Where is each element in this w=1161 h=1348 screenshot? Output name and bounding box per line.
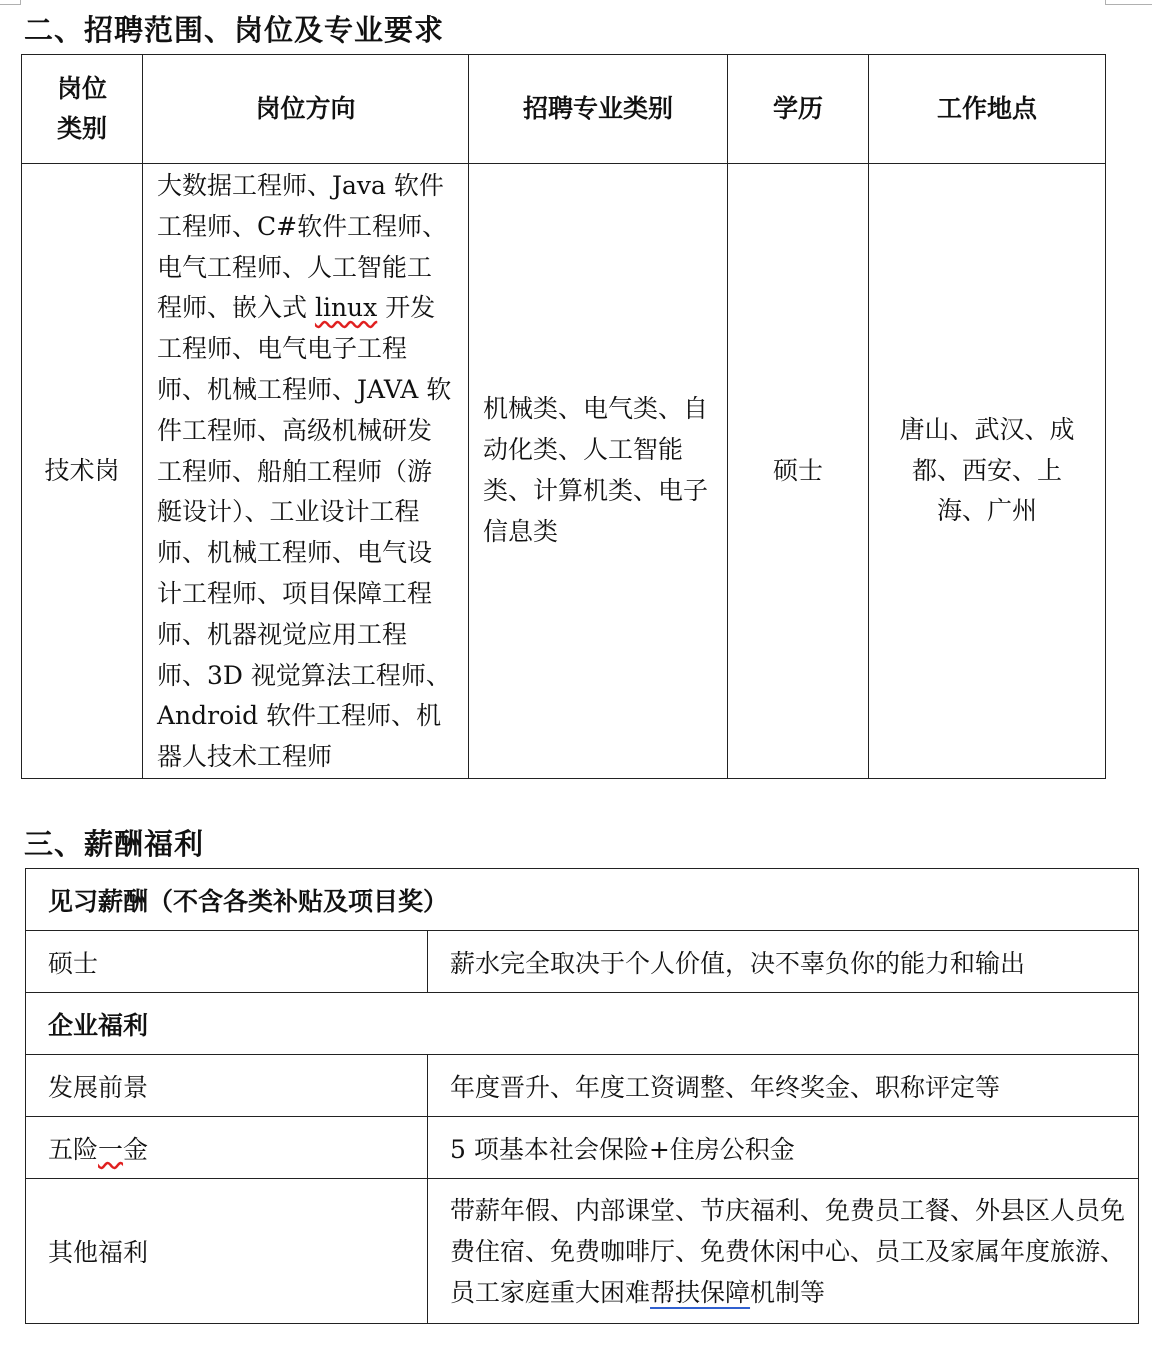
value-text: 机制等 <box>750 1278 825 1307</box>
header-category: 岗位 类别 <box>22 55 143 164</box>
cell-degree: 硕士 <box>728 164 869 779</box>
header-majors: 招聘专业类别 <box>469 55 728 164</box>
benefit-value: 带薪年假、内部课堂、节庆福利、免费员工餐、外县区人员免费住宿、免费咖啡厅、免费休… <box>428 1179 1139 1324</box>
directions-text: 开发工程师、电气电子工程师、机械工程师、JAVA 软件工程师、高级机械研发工程师… <box>157 293 451 771</box>
table-row: 见习薪酬（不含各类补贴及项目奖） <box>26 869 1139 931</box>
section-title-compensation: 三、薪酬福利 <box>24 826 204 862</box>
table-header-row: 岗位 类别 岗位方向 招聘专业类别 学历 工作地点 <box>22 55 1106 164</box>
table-row: 企业福利 <box>26 993 1139 1055</box>
table-row: 技术岗 大数据工程师、Java 软件工程师、C#软件工程师、电气工程师、人工智能… <box>22 164 1106 779</box>
label-text: 金 <box>123 1135 148 1164</box>
spellcheck-flag: 一 <box>98 1135 123 1164</box>
cell-category: 技术岗 <box>22 164 143 779</box>
spellcheck-flag-linux: linux <box>315 293 377 322</box>
compensation-table: 见习薪酬（不含各类补贴及项目奖） 硕士 薪水完全取决于个人价值，决不辜负你的能力… <box>25 868 1139 1324</box>
table-row: 五险一金 5 项基本社会保险+住房公积金 <box>26 1117 1139 1179</box>
recruitment-table: 岗位 类别 岗位方向 招聘专业类别 学历 工作地点 技术岗 大数据工程师、Jav… <box>21 54 1106 779</box>
cell-directions: 大数据工程师、Java 软件工程师、C#软件工程师、电气工程师、人工智能工程师、… <box>143 164 469 779</box>
table-row: 硕士 薪水完全取决于个人价值，决不辜负你的能力和输出 <box>26 931 1139 993</box>
benefit-label: 五险一金 <box>26 1117 428 1179</box>
label-text: 五险 <box>48 1135 98 1164</box>
table-row: 其他福利 带薪年假、内部课堂、节庆福利、免费员工餐、外县区人员免费住宿、免费咖啡… <box>26 1179 1139 1324</box>
header-category-line2: 类别 <box>22 109 142 149</box>
salary-header: 见习薪酬（不含各类补贴及项目奖） <box>26 869 1139 931</box>
cell-majors: 机械类、电气类、自动化类、人工智能类、计算机类、电子信息类 <box>469 164 728 779</box>
benefit-label: 发展前景 <box>26 1055 428 1117</box>
header-category-line1: 岗位 <box>22 69 142 109</box>
header-degree: 学历 <box>728 55 869 164</box>
section-title-recruitment: 二、招聘范围、岗位及专业要求 <box>24 12 444 48</box>
header-location: 工作地点 <box>869 55 1106 164</box>
header-direction: 岗位方向 <box>143 55 469 164</box>
page-corner-mark <box>1105 0 1152 5</box>
benefit-label: 其他福利 <box>26 1179 428 1324</box>
benefits-header: 企业福利 <box>26 993 1139 1055</box>
page-corner-mark <box>0 0 21 5</box>
cell-locations: 唐山、武汉、成都、西安、上海、广州 <box>869 164 1106 779</box>
benefit-value: 年度晋升、年度工资调整、年终奖金、职称评定等 <box>428 1055 1139 1117</box>
salary-value: 薪水完全取决于个人价值，决不辜负你的能力和输出 <box>428 931 1139 993</box>
grammar-flag: 帮扶保障 <box>650 1278 750 1307</box>
benefit-value: 5 项基本社会保险+住房公积金 <box>428 1117 1139 1179</box>
table-row: 发展前景 年度晋升、年度工资调整、年终奖金、职称评定等 <box>26 1055 1139 1117</box>
salary-label: 硕士 <box>26 931 428 993</box>
